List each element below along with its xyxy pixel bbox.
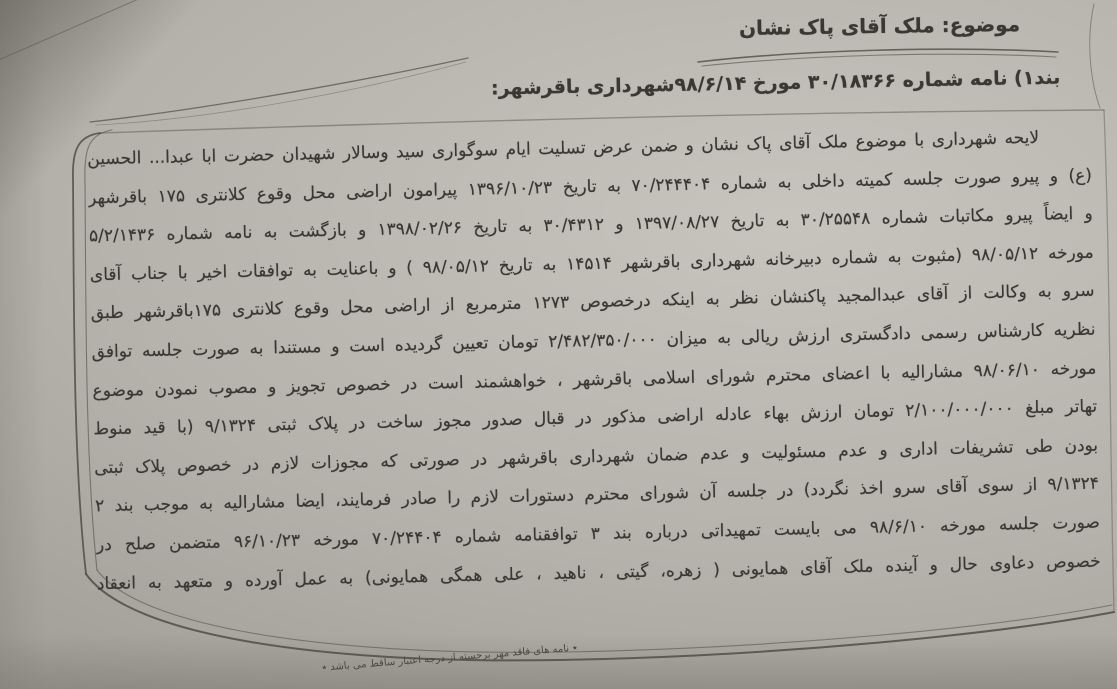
scanned-document-photo: موضوع: ملک آقای پاک نشان بند۱) نامه شمار… (0, 0, 1117, 689)
pen-flourish-2 (96, 62, 466, 125)
paper-crease (1090, 4, 1100, 108)
subject-underline (698, 49, 1058, 62)
subject-underline-2 (702, 54, 1056, 66)
subject-line: موضوع: ملک آقای پاک نشان (739, 12, 1020, 40)
pen-flourish (90, 58, 468, 122)
body-paragraph: لایحه شهرداری با موضوع ملک آقای پاک نشان… (87, 118, 1101, 604)
paper-edge-line (0, 0, 150, 62)
box-right-line (1104, 110, 1114, 612)
footnote: ٭ نامه های فاقد مهر برجسته از درجه اعتبا… (362, 642, 578, 672)
clause-heading: بند۱) نامه شماره ۳۰/۱۸۳۶۶ مورخ ۹۸/۶/۱۴شه… (491, 67, 1061, 100)
